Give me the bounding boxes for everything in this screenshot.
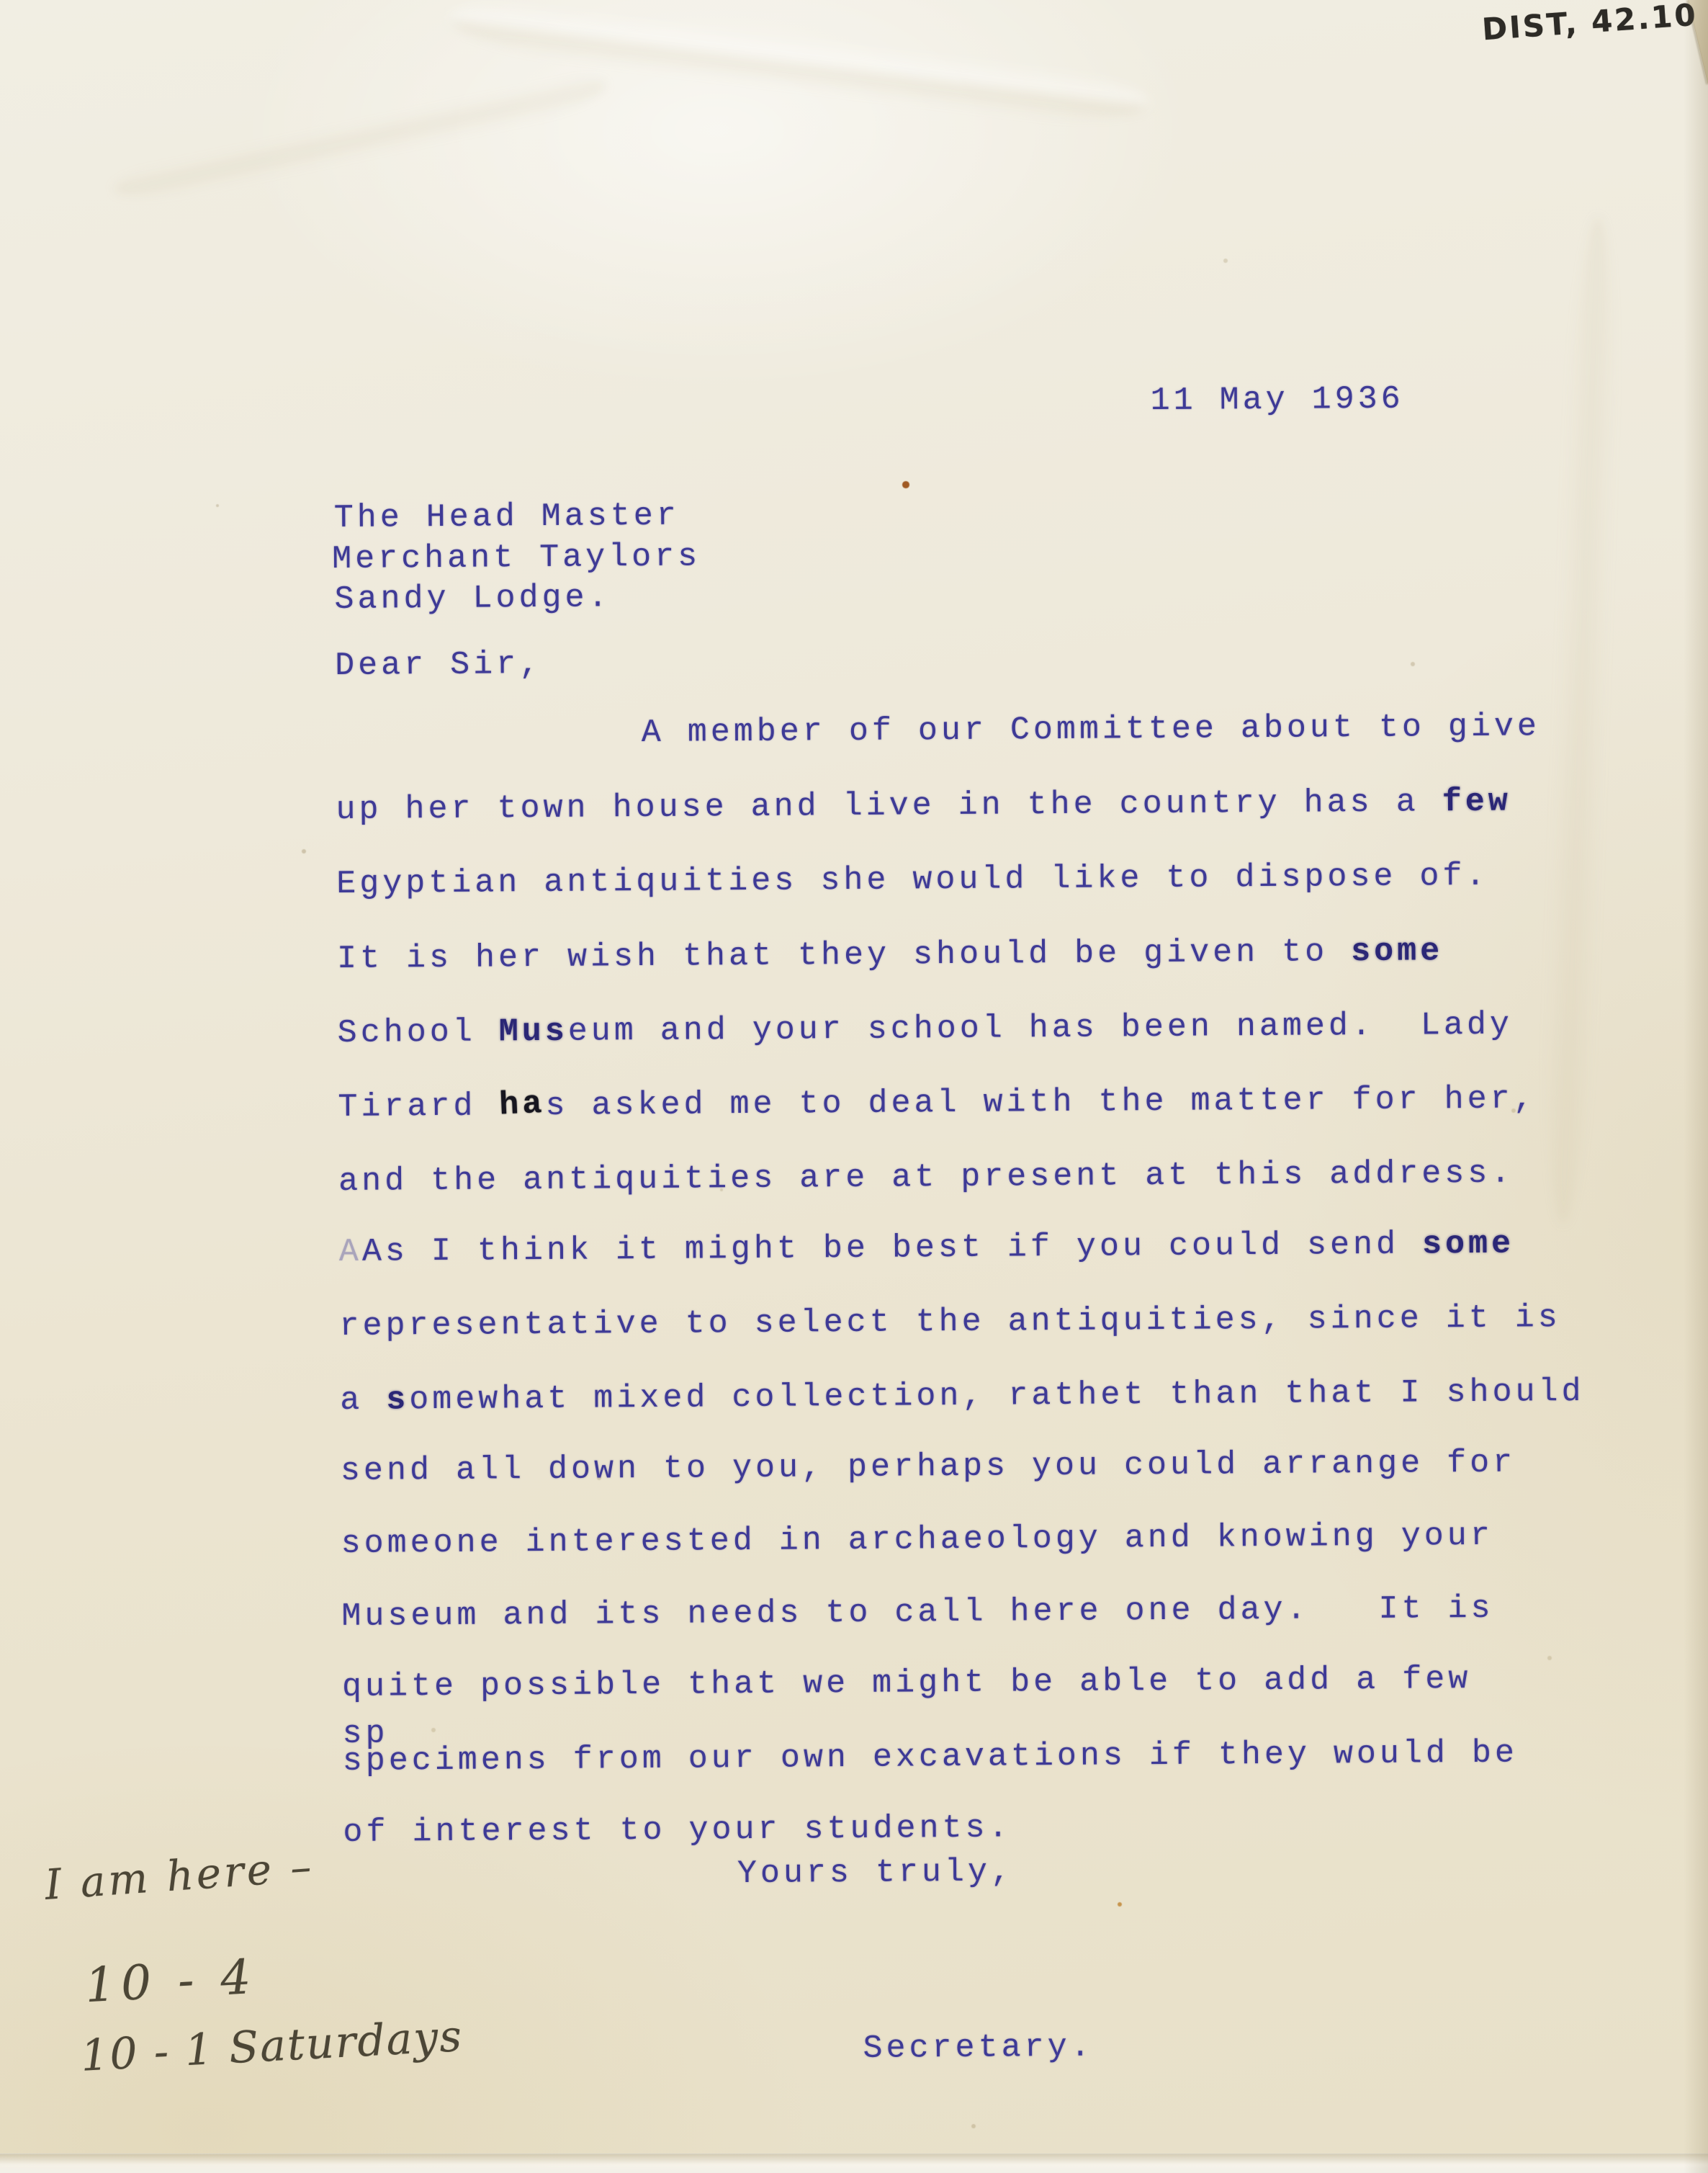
typed-text-segment: some bbox=[1351, 933, 1443, 970]
typed-text-segment: Egyptian antiquities she would like to d… bbox=[336, 858, 1489, 902]
typed-line: A member of our Committee about to give bbox=[642, 709, 1540, 751]
typed-text-segment: Museum and its needs to call here one da… bbox=[341, 1590, 1494, 1635]
typed-text-segment: eum and your school has been named. Lady bbox=[568, 1007, 1514, 1050]
typed-line: representative to select the antiquities… bbox=[339, 1300, 1561, 1345]
typed-text-segment: A member of our Committee about to give bbox=[642, 708, 1540, 751]
typed-text-segment: It is her wish that they should be given… bbox=[337, 933, 1352, 977]
paper-bottom-edge bbox=[0, 2154, 1708, 2173]
closing: Yours truly, bbox=[737, 1854, 1014, 1892]
typed-text-segment: School bbox=[338, 1013, 499, 1052]
letter-body: A member of our Committee about to giveu… bbox=[0, 0, 1704, 2]
typed-line: someone interested in archaeology and kn… bbox=[341, 1518, 1494, 1562]
letter-date: 11 May 1936 bbox=[1150, 382, 1403, 419]
typed-line: It is her wish that they should be given… bbox=[337, 933, 1444, 977]
typed-line: Egyptian antiquities she would like to d… bbox=[336, 859, 1489, 902]
typed-text-segment: some bbox=[1422, 1226, 1514, 1263]
typed-line: of interest to your students. bbox=[343, 1810, 1011, 1850]
handwritten-note-line: 10 - 4 bbox=[84, 1949, 258, 2013]
signature: Secretary. bbox=[863, 2030, 1093, 2067]
typed-line: quite possible that we might be able to … bbox=[342, 1662, 1472, 1706]
typed-text-segment: Mus bbox=[499, 1013, 568, 1051]
typed-line: AAs I think it might be best if you coul… bbox=[339, 1227, 1515, 1271]
typed-text-segment: representative to select the antiquities… bbox=[339, 1299, 1561, 1345]
typed-line: specimens from our own excavations if th… bbox=[343, 1736, 1519, 1780]
typed-line: Museum and its needs to call here one da… bbox=[341, 1591, 1494, 1635]
typed-text-segment: send all down to you, perhaps you could … bbox=[341, 1445, 1516, 1489]
typed-text-segment: quite possible that we might be able to … bbox=[342, 1661, 1472, 1706]
typed-text-segment: ha bbox=[498, 1086, 546, 1124]
recipient-line: Merchant Taylors bbox=[332, 539, 701, 578]
typed-text-segment: As I think it might be best if you could… bbox=[362, 1226, 1423, 1270]
typed-text-segment: specimens from our own excavations if th… bbox=[343, 1735, 1519, 1780]
recipient-line: Sandy Lodge. bbox=[334, 580, 611, 618]
typed-line: up her town house and live in the countr… bbox=[336, 784, 1511, 828]
typed-text-segment: someone interested in archaeology and kn… bbox=[341, 1518, 1494, 1562]
corner-fold-crease bbox=[1686, 0, 1707, 84]
scanned-letter-page: DIST, 42.10 11 May 1936 The Head Master … bbox=[0, 0, 1708, 2173]
typed-line: Tirard has asked me to deal with the mat… bbox=[338, 1081, 1537, 1126]
typed-text-segment: omewhat mixed collection, rathet than th… bbox=[409, 1374, 1585, 1418]
typed-text-segment: of interest to your students. bbox=[343, 1809, 1011, 1850]
typed-text-segment: s bbox=[386, 1381, 409, 1418]
typed-line: a somewhat mixed collection, rathet than… bbox=[340, 1374, 1585, 1419]
typed-text-segment: Tirard bbox=[338, 1088, 499, 1126]
typed-text-segment: A bbox=[339, 1234, 362, 1271]
typed-line: and the antiquities are at present at th… bbox=[338, 1156, 1514, 1200]
typed-text-segment: a bbox=[340, 1381, 386, 1418]
typed-text-segment: s asked me to deal with the matter for h… bbox=[545, 1080, 1537, 1124]
typed-line: send all down to you, perhaps you could … bbox=[341, 1446, 1516, 1489]
recipient-line: The Head Master bbox=[334, 498, 680, 537]
typed-text-segment: few bbox=[1442, 784, 1511, 821]
typed-text-segment: up her town house and live in the countr… bbox=[336, 784, 1442, 828]
salutation: Dear Sir, bbox=[335, 647, 542, 684]
typed-text-segment: and the antiquities are at present at th… bbox=[338, 1155, 1514, 1200]
corner-fold bbox=[1688, 0, 1708, 85]
typed-line: School Museum and your school has been n… bbox=[338, 1008, 1514, 1052]
